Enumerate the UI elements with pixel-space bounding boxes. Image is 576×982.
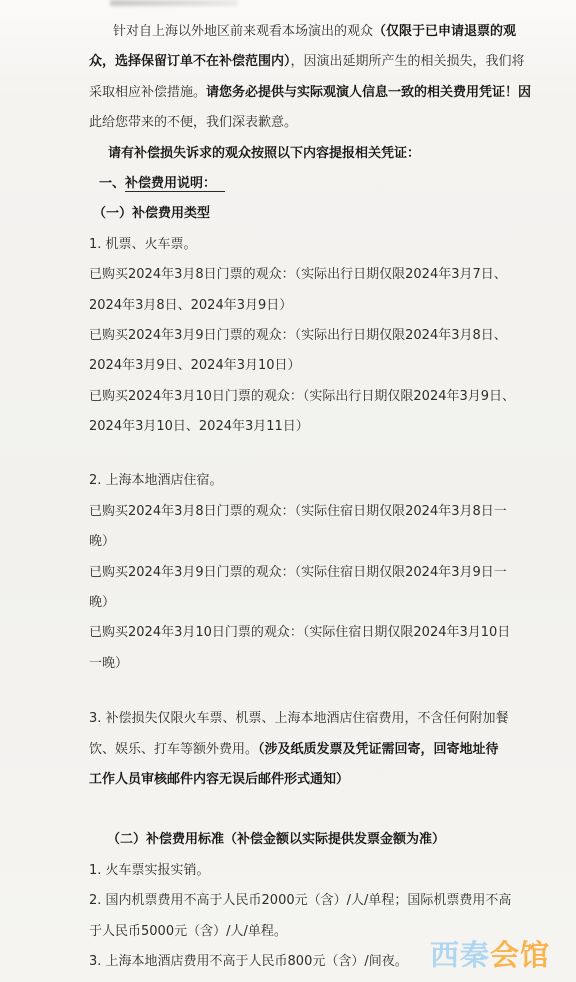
text-line: 已购买2024年3月9日门票的观众：（实际出行日期仅限2024年3月8日、 (89, 321, 576, 351)
bold-text: 请您务必提供与实际观演人信息一致的相关费用凭证！因 (206, 85, 531, 100)
scan-artifact (110, 0, 238, 6)
bold-text: （仅限于已申请退票的观 (373, 24, 516, 39)
body-text: 已购买2024年3月10日门票的观众：（实际住宿日期仅限2024年3月10日 (89, 625, 510, 640)
text-line: 已购买2024年3月10日门票的观众：（实际出行日期仅限2024年3月9日、 (89, 382, 576, 412)
body-text: 2024年3月8日、2024年3月9日） (89, 298, 292, 313)
bold-text: 补偿费用说明： (125, 176, 225, 192)
body-text: 一晚） (89, 656, 128, 671)
text-line: 众，选择保留订单不在补偿范围内），因演出延期所产生的相关损失，我们将 (89, 47, 576, 77)
bold-text: （二）补偿费用标准（补偿金额以实际提供发票金额为准） (107, 832, 445, 847)
text-line: 请有补偿损失诉求的观众按照以下内容提报相关凭证： (89, 139, 576, 169)
body-text: 采取相应补偿措施。 (89, 85, 206, 100)
body-text: 2024年3月9日、2024年3月10日） (89, 358, 301, 373)
body-text: 2. 上海本地酒店住宿。 (89, 473, 223, 488)
body-text: 1. 机票、火车票。 (89, 237, 197, 252)
bold-text: （涉及纸质发票及凭证需回寄，回寄地址待 (258, 742, 499, 757)
text-line: 2. 国内机票费用不高于人民币2000元（含）/人/单程；国际机票费用不高 (89, 886, 576, 916)
body-text: 已购买2024年3月9日门票的观众：（实际住宿日期仅限2024年3月9日一 (89, 565, 507, 580)
scanned-document: 针对自上海以外地区前来观看本场演出的观众（仅限于已申请退票的观众，选择保留订单不… (0, 0, 576, 982)
text-line: 已购买2024年3月10日门票的观众：（实际住宿日期仅限2024年3月10日 (89, 618, 576, 648)
text-line: 采取相应补偿措施。请您务必提供与实际观演人信息一致的相关费用凭证！因 (89, 78, 576, 108)
bold-text: 请有补偿损失诉求的观众按照以下内容提报相关凭证： (108, 146, 420, 161)
body-text: 此给您带来的不便，我们深表歉意。 (89, 115, 297, 130)
body-text: 2. 国内机票费用不高于人民币2000元（含）/人/单程；国际机票费用不高 (89, 893, 511, 908)
text-line: 晚） (89, 527, 576, 557)
watermark-text-blue: 西秦 (430, 938, 490, 972)
text-line: 已购买2024年3月8日门票的观众：（实际出行日期仅限2024年3月7日、 (89, 260, 576, 290)
body-text: 3. 补偿损失仅限火车票、机票、上海本地酒店住宿费用，不含任何附加餐 (89, 711, 509, 726)
body-text: 晚） (89, 595, 115, 610)
text-line: 1. 火车票实报实销。 (89, 856, 576, 886)
body-text: 针对自上海以外地区前来观看本场演出的观众 (113, 24, 373, 39)
watermark: 西秦会馆 (430, 933, 550, 974)
text-line: （二）补偿费用标准（补偿金额以实际提供发票金额为准） (89, 825, 576, 855)
watermark-text-orange: 会馆 (490, 938, 550, 972)
body-text: 已购买2024年3月8日门票的观众：（实际住宿日期仅限2024年3月8日一 (89, 504, 507, 519)
text-line: 已购买2024年3月8日门票的观众：（实际住宿日期仅限2024年3月8日一 (89, 497, 576, 527)
body-text: 2024年3月10日、2024年3月11日） (89, 419, 309, 434)
text-line: （一）补偿费用类型 (89, 199, 576, 229)
text-line: 此给您带来的不便，我们深表歉意。 (89, 108, 576, 138)
text-line: 2024年3月9日、2024年3月10日） (89, 351, 576, 381)
body-text: 已购买2024年3月8日门票的观众：（实际出行日期仅限2024年3月7日、 (89, 267, 507, 282)
text-line: 饮、娱乐、打车等额外费用。（涉及纸质发票及凭证需回寄，回寄地址待 (89, 735, 576, 765)
text-line: 3. 补偿损失仅限火车票、机票、上海本地酒店住宿费用，不含任何附加餐 (89, 704, 576, 734)
text-line: 一晚） (89, 649, 576, 679)
body-text: 1. 火车票实报实销。 (89, 863, 210, 878)
bold-text: 众，选择保留订单不在补偿范围内） (89, 54, 291, 69)
text-line: 1. 机票、火车票。 (89, 230, 576, 260)
bold-text: 工作人员审核邮件内容无误后邮件形式通知） (89, 772, 349, 787)
body-text: 已购买2024年3月10日门票的观众：（实际出行日期仅限2024年3月9日、 (89, 389, 515, 404)
body-text: ，因演出延期所产生的相关损失，我们将 (291, 54, 525, 69)
text-line: 2024年3月8日、2024年3月9日） (89, 291, 576, 321)
body-text: 3. 上海本地酒店费用不高于人民币800元（含）/间夜。 (89, 954, 408, 969)
text-line: 晚） (89, 588, 576, 618)
body-text: 晚） (89, 534, 115, 549)
body-text: 已购买2024年3月9日门票的观众：（实际出行日期仅限2024年3月8日、 (89, 328, 507, 343)
text-line: 2. 上海本地酒店住宿。 (89, 466, 576, 496)
body-text: 于人民币5000元（含）/人/单程。 (89, 924, 287, 939)
text-line: 已购买2024年3月9日门票的观众：（实际住宿日期仅限2024年3月9日一 (89, 558, 576, 588)
text-line: 针对自上海以外地区前来观看本场演出的观众（仅限于已申请退票的观 (89, 17, 576, 47)
bold-text: （一）补偿费用类型 (93, 206, 210, 221)
body-text: 饮、娱乐、打车等额外费用。 (89, 742, 258, 757)
text-line: 工作人员审核邮件内容无误后邮件形式通知） (89, 765, 576, 795)
text-line: 2024年3月10日、2024年3月11日） (89, 412, 576, 442)
bold-text: 一、 (99, 176, 125, 191)
document-body: 针对自上海以外地区前来观看本场演出的观众（仅限于已申请退票的观众，选择保留订单不… (89, 17, 576, 977)
text-line: 一、补偿费用说明： (89, 169, 576, 199)
